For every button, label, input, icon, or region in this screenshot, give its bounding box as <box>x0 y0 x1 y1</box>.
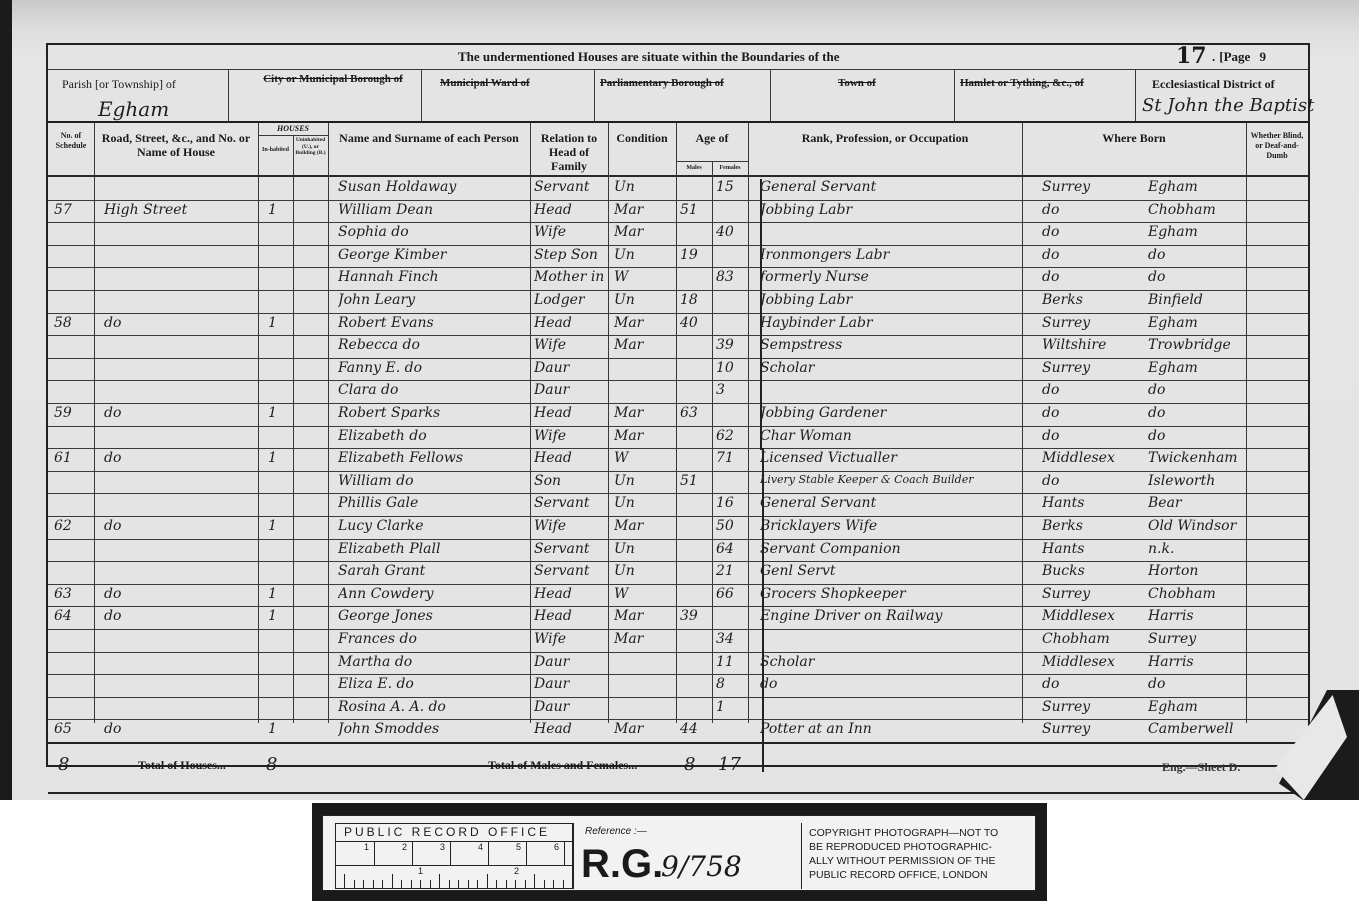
schedule-number: 58 <box>54 315 94 331</box>
schedule-number: 65 <box>54 721 94 737</box>
table-row: Rebecca doWifeMar39SempstressWiltshireTr… <box>48 335 1308 358</box>
occupation: Grocers Shopkeeper <box>760 586 1020 602</box>
total-females: 17 <box>718 754 741 775</box>
person-name: Sarah Grant <box>338 563 528 579</box>
record-office-panel: PUBLIC RECORD OFFICE 123456 12 Reference… <box>322 815 1036 891</box>
relation: Mother in law <box>534 269 608 285</box>
copyright-line: ALLY WITHOUT PERMISSION OF THE <box>809 854 1031 868</box>
header-blind: Whether Blind, or Deaf-and-Dumb <box>1248 131 1306 161</box>
road-name: High Street <box>104 202 254 218</box>
born-place: do <box>1148 247 1244 263</box>
table-row: Sophia doWifeMar40doEgham <box>48 222 1308 245</box>
relation: Head <box>534 405 608 421</box>
born-place: Binfield <box>1148 292 1244 308</box>
condition: Mar <box>614 608 674 624</box>
rule <box>421 69 422 121</box>
road-name: do <box>104 721 254 737</box>
born-county: do <box>1042 473 1142 489</box>
column-rule <box>1246 123 1247 723</box>
person-name: Phillis Gale <box>338 495 528 511</box>
occupation: Ironmongers Labr <box>760 247 1020 263</box>
female-age: 11 <box>716 654 748 670</box>
occupation: Haybinder Labr <box>760 315 1020 331</box>
occupation: Potter at an Inn <box>760 721 1020 737</box>
occupation: General Servant <box>760 179 1020 195</box>
person-name: Lucy Clarke <box>338 518 528 534</box>
boundary-title: The undermentioned Houses are situate wi… <box>458 49 839 65</box>
ecclesiastical-value: St John the Baptist <box>1142 95 1314 116</box>
total-schedules: 8 <box>58 754 69 775</box>
table-row: 59do1Robert SparksHeadMar63Jobbing Garde… <box>48 403 1308 426</box>
born-place: Old Windsor <box>1148 518 1244 534</box>
born-place: Camberwell <box>1148 721 1244 737</box>
ruler-tick <box>468 880 469 888</box>
total-persons-label: Total of Males and Females... <box>488 758 637 773</box>
rule <box>954 69 955 121</box>
table-row: 64do1George JonesHeadMar39Engine Driver … <box>48 606 1308 629</box>
ruler-tick <box>354 880 355 888</box>
female-age: 83 <box>716 269 748 285</box>
born-place: Egham <box>1148 360 1244 376</box>
born-place: Egham <box>1148 699 1244 715</box>
person-name: Frances do <box>338 631 528 647</box>
born-county: do <box>1042 269 1142 285</box>
relation: Wife <box>534 631 608 647</box>
table-row: 57High Street1William DeanHeadMar51Jobbi… <box>48 200 1308 223</box>
born-county: do <box>1042 224 1142 240</box>
female-age: 8 <box>716 676 748 692</box>
ruler-tick <box>392 874 393 888</box>
column-rule <box>1022 123 1023 723</box>
born-county: do <box>1042 676 1142 692</box>
header-males: Males <box>676 164 712 172</box>
hamlet-label: Hamlet or Tything, &c., of <box>960 77 1084 89</box>
condition: W <box>614 450 674 466</box>
born-place: Egham <box>1148 315 1244 331</box>
table-row: Martha doDaur11ScholarMiddlesexHarris <box>48 652 1308 675</box>
person-name: Rosina A. A. do <box>338 699 528 715</box>
table-row: William doSonUn51Livery Stable Keeper & … <box>48 471 1308 494</box>
road-name: do <box>104 586 254 602</box>
city-label: City or Municipal Borough of <box>253 73 413 86</box>
census-form: The undermentioned Houses are situate wi… <box>46 43 1310 767</box>
female-age: 10 <box>716 360 748 376</box>
road-name: do <box>104 518 254 534</box>
born-place: do <box>1148 382 1244 398</box>
ruler-tick <box>544 880 545 888</box>
born-place: Harris <box>1148 608 1244 624</box>
table-row: Hannah FinchMother in lawW83formerly Nur… <box>48 267 1308 290</box>
born-county: do <box>1042 382 1142 398</box>
rule <box>48 121 1308 123</box>
born-county: Surrey <box>1042 315 1142 331</box>
road-name: do <box>104 608 254 624</box>
born-county: Surrey <box>1042 179 1142 195</box>
header-name: Name and Surname of each Person <box>330 131 528 145</box>
table-row: Elizabeth PlallServantUn64Servant Compan… <box>48 539 1308 562</box>
relation: Lodger <box>534 292 608 308</box>
born-county: Middlesex <box>1042 654 1142 670</box>
occupation: Char Woman <box>760 428 1020 444</box>
header-inhabited: In-habited <box>258 147 293 154</box>
relation: Servant <box>534 541 608 557</box>
table-row: Sarah GrantServantUn21Genl ServtBucksHor… <box>48 561 1308 584</box>
born-place: n.k. <box>1148 541 1244 557</box>
male-age: 18 <box>680 292 712 308</box>
female-age: 39 <box>716 337 748 353</box>
column-rule <box>293 135 294 723</box>
ruler-tick <box>526 841 527 865</box>
ruler-tick <box>487 874 488 888</box>
born-county: Berks <box>1042 292 1142 308</box>
record-office-title: PUBLIC RECORD OFFICE <box>344 825 550 839</box>
header-age-of: Age of <box>676 131 748 145</box>
male-age: 19 <box>680 247 712 263</box>
header-where-born: Where Born <box>1024 131 1244 145</box>
person-name: Fanny E. do <box>338 360 528 376</box>
ruler-number: 5 <box>516 842 521 852</box>
column-rule <box>328 123 329 723</box>
born-place: do <box>1148 676 1244 692</box>
born-county: do <box>1042 247 1142 263</box>
occupation: Licensed Victualler <box>760 450 1020 466</box>
column-rule <box>712 161 713 723</box>
page-number: 9 <box>1260 49 1267 64</box>
parish-label-text: Parish [or Township] of <box>62 77 176 91</box>
ruler-tick <box>506 880 507 888</box>
born-county: Middlesex <box>1042 608 1142 624</box>
scan-edge <box>0 0 12 800</box>
born-county: do <box>1042 202 1142 218</box>
ruler-tick <box>373 880 374 888</box>
person-name: George Jones <box>338 608 528 624</box>
inhabited-count: 1 <box>268 202 292 218</box>
ruler-box: PUBLIC RECORD OFFICE 123456 12 <box>335 823 573 889</box>
schedule-number: 64 <box>54 608 94 624</box>
relation: Servant <box>534 179 608 195</box>
condition: W <box>614 269 674 285</box>
page-label-text: [Page <box>1219 49 1250 64</box>
rule <box>573 823 574 889</box>
occupation: Jobbing Gardener <box>760 405 1020 421</box>
record-office-strip: PUBLIC RECORD OFFICE 123456 12 Reference… <box>312 803 1047 901</box>
occupation: Livery Stable Keeper & Coach Builder <box>760 473 1020 486</box>
table-row: Clara doDaur3dodo <box>48 380 1308 403</box>
schedule-number: 63 <box>54 586 94 602</box>
born-place: do <box>1148 428 1244 444</box>
relation: Daur <box>534 699 608 715</box>
relation: Head <box>534 586 608 602</box>
ruler-tick <box>363 880 364 888</box>
table-row: Susan HoldawayServantUn15General Servant… <box>48 177 1308 200</box>
female-age: 16 <box>716 495 748 511</box>
relation: Servant <box>534 563 608 579</box>
condition: Mar <box>614 224 674 240</box>
ruler-tick <box>496 880 497 888</box>
ruler-tick <box>450 841 451 865</box>
occupation: General Servant <box>760 495 1020 511</box>
town-label: Town of <box>838 77 876 89</box>
born-place: Egham <box>1148 179 1244 195</box>
relation: Head <box>534 202 608 218</box>
occupation: Jobbing Labr <box>760 202 1020 218</box>
born-place: Surrey <box>1148 631 1244 647</box>
female-age: 40 <box>716 224 748 240</box>
total-males: 8 <box>684 754 695 775</box>
relation: Wife <box>534 224 608 240</box>
occupation: Scholar <box>760 654 1020 670</box>
female-age: 64 <box>716 541 748 557</box>
ruler-tick <box>439 874 440 888</box>
ecclesiastical-label: Ecclesiastical District of <box>1152 77 1275 92</box>
relation: Head <box>534 450 608 466</box>
column-rule <box>748 123 749 723</box>
occupation: Genl Servt <box>760 563 1020 579</box>
table-row: 62do1Lucy ClarkeWifeMar50Bricklayers Wif… <box>48 516 1308 539</box>
table-row: Fanny E. doDaur10ScholarSurreyEgham <box>48 358 1308 381</box>
ruler-tick <box>515 880 516 888</box>
relation: Daur <box>534 382 608 398</box>
occupation: Scholar <box>760 360 1020 376</box>
occupation: Bricklayers Wife <box>760 518 1020 534</box>
ruler-tick <box>488 841 489 865</box>
rule <box>770 69 771 121</box>
person-name: John Leary <box>338 292 528 308</box>
person-name: Hannah Finch <box>338 269 528 285</box>
rule <box>336 865 572 866</box>
condition: W <box>614 586 674 602</box>
occupation: do <box>760 676 1020 692</box>
relation: Head <box>534 315 608 331</box>
condition: Mar <box>614 721 674 737</box>
born-county: do <box>1042 405 1142 421</box>
rule <box>48 742 1308 744</box>
table-row: Frances doWifeMar34ChobhamSurrey <box>48 629 1308 652</box>
occupation: Sempstress <box>760 337 1020 353</box>
header-condition: Condition <box>610 131 674 145</box>
male-age: 51 <box>680 202 712 218</box>
ruler-number: 6 <box>554 842 559 852</box>
born-county: Surrey <box>1042 721 1142 737</box>
born-county: Surrey <box>1042 699 1142 715</box>
condition: Un <box>614 292 674 308</box>
schedule-number: 59 <box>54 405 94 421</box>
copyright-line: BE REPRODUCED PHOTOGRAPHIC- <box>809 840 1031 854</box>
reference-number: 9/758 <box>661 850 742 883</box>
relation: Wife <box>534 518 608 534</box>
relation: Servant <box>534 495 608 511</box>
inhabited-count: 1 <box>268 518 292 534</box>
occupation: Jobbing Labr <box>760 292 1020 308</box>
relation: Daur <box>534 360 608 376</box>
relation: Head <box>534 608 608 624</box>
relation: Daur <box>534 676 608 692</box>
ruler-tick <box>458 880 459 888</box>
parish-value: Egham <box>98 97 169 121</box>
table-row: 61do1Elizabeth FellowsHeadW71Licensed Vi… <box>48 448 1308 471</box>
ruler-tick <box>525 880 526 888</box>
table-row: John LearyLodgerUn18Jobbing LabrBerksBin… <box>48 290 1308 313</box>
parliamentary-borough-label: Parliamentary Borough of <box>600 77 724 89</box>
rule <box>594 69 595 121</box>
column-rule <box>530 123 531 723</box>
female-age: 62 <box>716 428 748 444</box>
table-row: 63do1Ann CowderyHeadW66Grocers Shopkeepe… <box>48 584 1308 607</box>
person-name: Eliza E. do <box>338 676 528 692</box>
born-county: Chobham <box>1042 631 1142 647</box>
condition: Un <box>614 495 674 511</box>
female-age: 15 <box>716 179 748 195</box>
female-age: 71 <box>716 450 748 466</box>
table-row: George KimberStep SonUn19Ironmongers Lab… <box>48 245 1308 268</box>
ruler-number: 1 <box>418 866 423 876</box>
person-name: Elizabeth Plall <box>338 541 528 557</box>
relation: Son <box>534 473 608 489</box>
rule <box>228 69 229 121</box>
ruler-tick <box>344 874 345 888</box>
total-houses-value: 8 <box>266 754 277 775</box>
copyright-notice: COPYRIGHT PHOTOGRAPH—NOT TO BE REPRODUCE… <box>809 826 1031 882</box>
table-row: Elizabeth doWifeMar62Char Womandodo <box>48 426 1308 449</box>
person-name: Robert Evans <box>338 315 528 331</box>
rule <box>801 823 802 889</box>
born-county: Surrey <box>1042 360 1142 376</box>
sheet-label: Eng.—Sheet D. <box>1162 760 1240 775</box>
born-place: Chobham <box>1148 202 1244 218</box>
female-age: 34 <box>716 631 748 647</box>
total-houses-label: Total of Houses... <box>138 758 226 773</box>
born-place: Isleworth <box>1148 473 1244 489</box>
relation: Wife <box>534 337 608 353</box>
table-row: Phillis GaleServantUn16General ServantHa… <box>48 493 1308 516</box>
municipal-ward-label: Municipal Ward of <box>440 77 530 89</box>
road-name: do <box>104 450 254 466</box>
ruler-tick <box>420 880 421 888</box>
condition: Mar <box>614 202 674 218</box>
born-county: Hants <box>1042 541 1142 557</box>
person-name: Elizabeth do <box>338 428 528 444</box>
copyright-line: PUBLIC RECORD OFFICE, LONDON <box>809 868 1031 882</box>
born-place: Bear <box>1148 495 1244 511</box>
person-name: Elizabeth Fellows <box>338 450 528 466</box>
relation: Wife <box>534 428 608 444</box>
person-name: William Dean <box>338 202 528 218</box>
header-schedule: No. of Schedule <box>50 131 92 151</box>
inhabited-count: 1 <box>268 450 292 466</box>
inhabited-count: 1 <box>268 721 292 737</box>
ruler-tick <box>534 874 535 888</box>
ruler-number: 4 <box>478 842 483 852</box>
born-county: Middlesex <box>1042 450 1142 466</box>
male-age: 44 <box>680 721 712 737</box>
relation: Daur <box>534 654 608 670</box>
ruler-tick <box>564 841 565 865</box>
born-place: do <box>1148 405 1244 421</box>
inhabited-count: 1 <box>268 586 292 602</box>
rule <box>1135 69 1136 121</box>
relation: Head <box>534 721 608 737</box>
person-name: Robert Sparks <box>338 405 528 421</box>
person-name: Ann Cowdery <box>338 586 528 602</box>
condition: Un <box>614 541 674 557</box>
folio-number: 17 <box>1176 43 1207 69</box>
header-occupation: Rank, Profession, or Occupation <box>750 131 1020 145</box>
parish-label: Parish [or Township] of <box>62 77 176 92</box>
condition: Mar <box>614 518 674 534</box>
reference-prefix: R.G. <box>581 842 663 886</box>
born-county: Bucks <box>1042 563 1142 579</box>
ruler-number: 2 <box>514 866 519 876</box>
born-place: Egham <box>1148 224 1244 240</box>
born-county: Wiltshire <box>1042 337 1142 353</box>
inhabited-count: 1 <box>268 405 292 421</box>
page-label: .[Page 9 <box>1212 49 1266 65</box>
person-name: John Smoddes <box>338 721 528 737</box>
column-rule <box>676 123 677 723</box>
ruler-tick <box>477 880 478 888</box>
ruler-tick <box>563 880 564 888</box>
ruler-tick <box>411 880 412 888</box>
born-place: Chobham <box>1148 586 1244 602</box>
inhabited-count: 1 <box>268 608 292 624</box>
condition: Un <box>614 473 674 489</box>
bracket-mark <box>762 448 764 772</box>
table-row: Eliza E. doDaur8dododo <box>48 674 1308 697</box>
born-county: Surrey <box>1042 586 1142 602</box>
inhabited-count: 1 <box>268 315 292 331</box>
male-age: 39 <box>680 608 712 624</box>
person-name: Sophia do <box>338 224 528 240</box>
condition: Un <box>614 247 674 263</box>
ruler-tick <box>430 880 431 888</box>
born-place: Trowbridge <box>1148 337 1244 353</box>
occupation: Servant Companion <box>760 541 1020 557</box>
male-age: 63 <box>680 405 712 421</box>
condition: Un <box>614 179 674 195</box>
person-name: George Kimber <box>338 247 528 263</box>
ruler-tick <box>553 880 554 888</box>
person-name: Rebecca do <box>338 337 528 353</box>
condition: Mar <box>614 337 674 353</box>
person-name: Martha do <box>338 654 528 670</box>
rule <box>48 792 1308 794</box>
ruler-tick <box>401 880 402 888</box>
condition: Mar <box>614 405 674 421</box>
ruler-tick <box>449 880 450 888</box>
column-rule <box>608 123 609 723</box>
header-females: Females <box>712 164 748 172</box>
person-name: Susan Holdaway <box>338 179 528 195</box>
ruler-number: 3 <box>440 842 445 852</box>
female-age: 3 <box>716 382 748 398</box>
table-row: 58do1Robert EvansHeadMar40Haybinder Labr… <box>48 313 1308 336</box>
ruler-tick <box>374 841 375 865</box>
rule <box>48 69 1308 70</box>
born-county: do <box>1042 428 1142 444</box>
copyright-line: COPYRIGHT PHOTOGRAPH—NOT TO <box>809 826 1031 840</box>
header-relation: Relation to Head of Family <box>532 131 606 173</box>
born-place: Horton <box>1148 563 1244 579</box>
schedule-number: 62 <box>54 518 94 534</box>
female-age: 50 <box>716 518 748 534</box>
ruler-number: 1 <box>364 842 369 852</box>
ruler-tick <box>412 841 413 865</box>
column-rule <box>258 123 259 723</box>
header-houses: HOUSES <box>258 125 328 133</box>
female-age: 66 <box>716 586 748 602</box>
born-county: Berks <box>1042 518 1142 534</box>
condition: Mar <box>614 428 674 444</box>
